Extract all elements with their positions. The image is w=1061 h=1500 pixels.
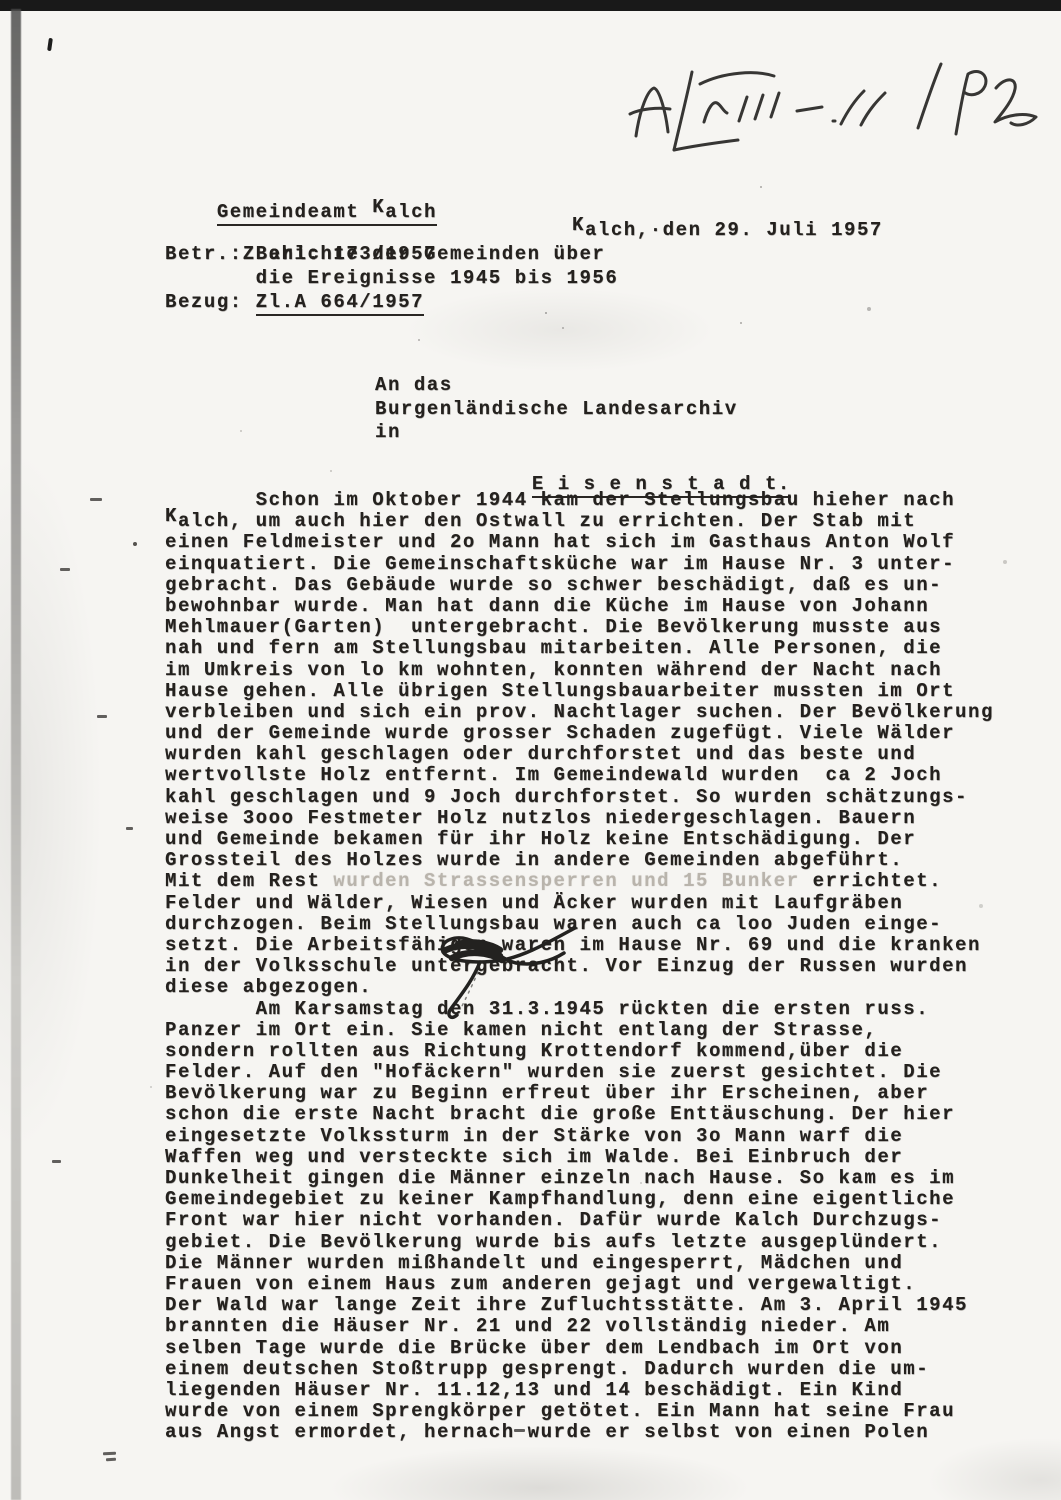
body-line: gebracht. Das Gebäude wurde so schwer be…: [165, 575, 994, 596]
subject-line-1: Betr.: Berichte der Gemeinden über: [165, 242, 618, 266]
recipient-line-3: in: [375, 421, 738, 445]
body-line: eingesetzte Volkssturm in der Stärke von…: [165, 1126, 994, 1147]
body-line: Die Männer wurden mißhandelt und eingesp…: [165, 1253, 994, 1274]
body-line: verbleiben und sich ein prov. Nachtlager…: [165, 702, 994, 723]
body-line: Felder. Auf den "Hofäckern" wurden sie z…: [165, 1062, 994, 1083]
body-line: wertvollste Holz entfernt. Im Gemeindewa…: [165, 765, 994, 786]
body-line: und der Gemeinde wurde grosser Schaden z…: [165, 723, 994, 744]
body-line-faded: Mit dem Rest wurden Strassensperren und …: [165, 871, 994, 892]
body-line: Bevölkerung war zu Beginn erfreut über i…: [165, 1083, 994, 1104]
place-date: Kalch,·den 29. Juli 1957: [572, 218, 883, 242]
body-line: aus Angst ermordet, hernach wurde er sel…: [165, 1422, 994, 1443]
margin-mark: [60, 568, 70, 571]
body-line: im Umkreis von lo km wohnten, konnten wä…: [165, 660, 994, 681]
recipient-line-1: An das: [375, 374, 738, 398]
margin-mark: [106, 1458, 116, 1462]
reference-line: Bezug: Zl.A 664/1957: [165, 290, 618, 314]
body-line: einquatiert. Die Gemeinschaftsküche war …: [165, 554, 994, 575]
margin-mark: [514, 1429, 525, 1432]
body-line: wurde von einem Sprengkörper getötet. Ei…: [165, 1401, 994, 1422]
ink-scribble: [330, 900, 690, 1040]
body-line: wurden kahl geschlagen oder durchforstet…: [165, 744, 994, 765]
body-line: Gemeindegebiet zu keiner Kampfhandlung, …: [165, 1189, 994, 1210]
scanned-document-page: Gemeindeamt Kalch Z ahl: 173/1957 Kalch,…: [0, 0, 1061, 1500]
margin-mark: [90, 498, 102, 501]
margin-mark: [133, 542, 137, 546]
office-title-raised-k: K: [372, 196, 385, 218]
reference-number: Zl.A 664/1957: [256, 291, 424, 316]
body-line: sondern rollten aus Richtung Krottendorf…: [165, 1041, 994, 1062]
body-line: Grossteil des Holzes wurde in andere Gem…: [165, 850, 994, 871]
scan-left-edge-stripe: [11, 9, 21, 1500]
body-line: bewohnbar wurde. Man hat dann die Küche …: [165, 596, 994, 617]
office-title: Gemeindeamt Kalch: [165, 176, 437, 200]
body-line: Kalch, um auch hier den Ostwall zu erric…: [165, 511, 994, 532]
body-line: Front war hier nicht vorhanden. Dafür wu…: [165, 1210, 994, 1231]
body-line: Mehlmauer(Garten) untergebracht. Die Bev…: [165, 617, 994, 638]
file-number-line: Z ahl: 173/1957 Kalch,·den 29. Juli 1957: [165, 218, 618, 242]
body-line: einen Feldmeister und 2o Mann hat sich i…: [165, 532, 994, 553]
margin-mark: [52, 1160, 61, 1163]
handwritten-annotation: [608, 62, 1038, 174]
recipient-block: An das Burgenländische Landesarchiv in: [375, 374, 738, 445]
body-line: Waffen weg und versteckte sich im Walde.…: [165, 1147, 994, 1168]
body-line: Der Wald war lange Zeit ihre Zufluchtsst…: [165, 1295, 994, 1316]
subject-line-2: die Ereignisse 1945 bis 1956: [165, 266, 618, 290]
body-line: Dunkelheit gingen die Männer einzeln nac…: [165, 1168, 994, 1189]
body-line: kahl geschlagen und 9 Joch durchforstet.…: [165, 787, 994, 808]
body-line: nah und fern am Stellungsbau mitarbeiten…: [165, 638, 994, 659]
pen-tick-mark: [47, 38, 53, 51]
margin-mark: [103, 1452, 116, 1456]
body-line: und Gemeinde bekamen für ihr Holz keine …: [165, 829, 994, 850]
body-line: schon die erste Nacht bracht die große E…: [165, 1104, 994, 1125]
margin-mark: [126, 827, 133, 830]
scan-noise-speckles: [0, 0, 2, 2]
body-line: einem deutschen Stoßtrupp gesprengt. Dad…: [165, 1359, 994, 1380]
recipient-line-2: Burgenländische Landesarchiv: [375, 398, 738, 422]
margin-mark: [97, 715, 107, 718]
scan-top-edge-bar: [0, 0, 1061, 11]
body-line: Hause gehen. Alle übrigen Stellungsbauar…: [165, 681, 994, 702]
body-line: Schon im Oktober 1944 kam der Stellungsb…: [165, 490, 994, 511]
body-line: gebiet. Die Bevölkerung wurde bis aufs l…: [165, 1232, 994, 1253]
body-line: liegenden Häuser Nr. 11.12,13 und 14 bes…: [165, 1380, 994, 1401]
body-line: selben Tage wurde die Brücke über dem Le…: [165, 1338, 994, 1359]
reference-block: Z ahl: 173/1957 Kalch,·den 29. Juli 1957…: [165, 218, 618, 314]
body-line: Frauen von einem Haus zum anderen gejagt…: [165, 1274, 994, 1295]
recipient-city: E i s e n s t a d t.: [480, 449, 791, 473]
faded-text-segment: wurden Strassensperren und 15 Bunker: [333, 870, 799, 892]
body-line: brannten die Häuser Nr. 21 und 22 vollst…: [165, 1316, 994, 1337]
body-line: weise 3ooo Festmeter Holz nutzlos nieder…: [165, 808, 994, 829]
